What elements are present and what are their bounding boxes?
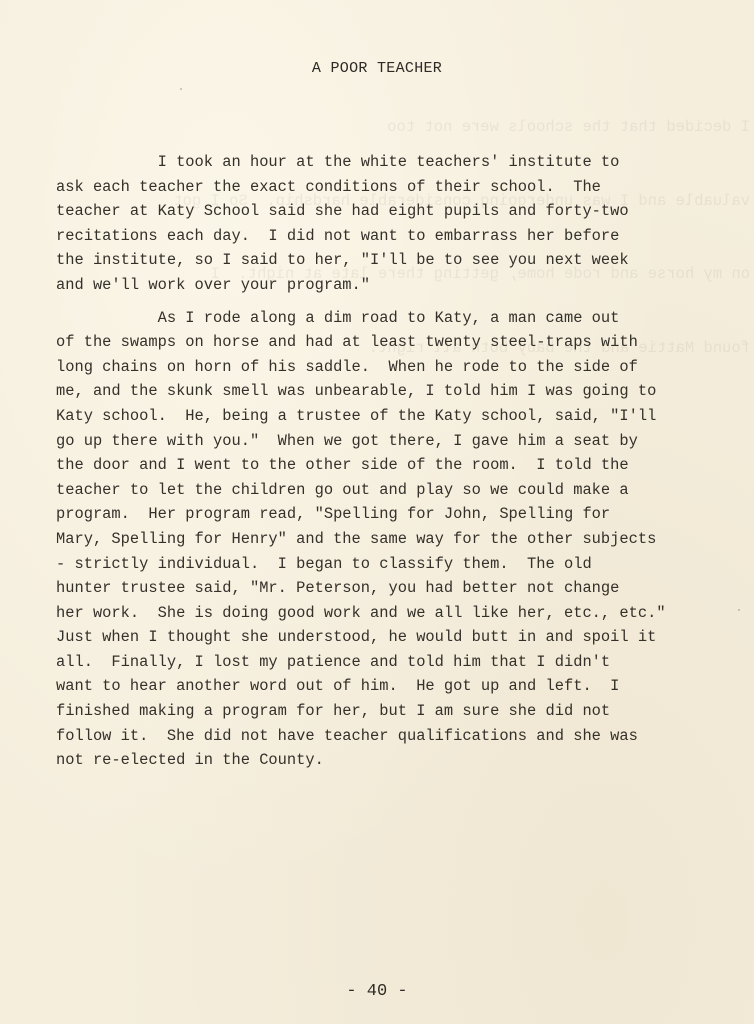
- text-line: her work. She is doing good work and we …: [56, 601, 736, 626]
- page-number: - 40 -: [0, 982, 754, 1001]
- text-line: ask each teacher the exact conditions of…: [56, 175, 736, 200]
- paragraph: As I rode along a dim road to Katy, a ma…: [56, 306, 736, 773]
- text-line: go up there with you." When we got there…: [56, 429, 736, 454]
- page-title: A POOR TEACHER: [0, 60, 754, 77]
- text-line: hunter trustee said, "Mr. Peterson, you …: [56, 576, 736, 601]
- text-line: not re-elected in the County.: [56, 748, 736, 773]
- paper-speck: [738, 609, 740, 611]
- paper-speck: [180, 88, 182, 90]
- text-line: the institute, so I said to her, "I'll b…: [56, 248, 736, 273]
- text-line: long chains on horn of his saddle. When …: [56, 355, 736, 380]
- text-line: teacher to let the children go out and p…: [56, 478, 736, 503]
- text-line: Mary, Spelling for Henry" and the same w…: [56, 527, 736, 552]
- text-line: finished making a program for her, but I…: [56, 699, 736, 724]
- text-line: I took an hour at the white teachers' in…: [56, 150, 736, 175]
- text-line: Katy school. He, being a trustee of the …: [56, 404, 736, 429]
- text-line: all. Finally, I lost my patience and tol…: [56, 650, 736, 675]
- text-line: me, and the skunk smell was unbearable, …: [56, 379, 736, 404]
- text-line: teacher at Katy School said she had eigh…: [56, 199, 736, 224]
- scanned-page: I decided that the schools were not too …: [0, 0, 754, 1024]
- text-line: want to hear another word out of him. He…: [56, 674, 736, 699]
- document-body: I took an hour at the white teachers' in…: [56, 150, 736, 773]
- bleed-line: I decided that the schools were not too: [330, 115, 750, 140]
- text-line: Just when I thought she understood, he w…: [56, 625, 736, 650]
- text-line: - strictly individual. I began to classi…: [56, 552, 736, 577]
- text-line: of the swamps on horse and had at least …: [56, 330, 736, 355]
- paragraph: I took an hour at the white teachers' in…: [56, 150, 736, 298]
- text-line: program. Her program read, "Spelling for…: [56, 502, 736, 527]
- paragraph-gap: [56, 298, 736, 306]
- text-line: follow it. She did not have teacher qual…: [56, 724, 736, 749]
- text-line: recitations each day. I did not want to …: [56, 224, 736, 249]
- text-line: the door and I went to the other side of…: [56, 453, 736, 478]
- text-line: and we'll work over your program.": [56, 273, 736, 298]
- text-line: As I rode along a dim road to Katy, a ma…: [56, 306, 736, 331]
